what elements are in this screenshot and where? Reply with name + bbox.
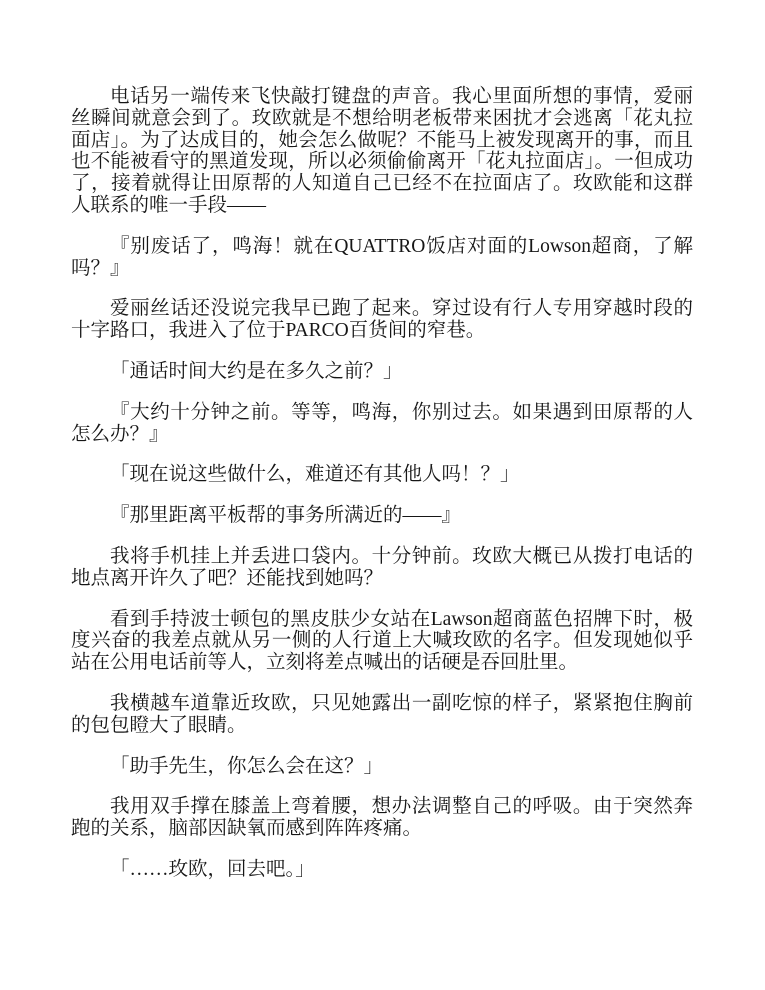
paragraph: 电话另一端传来飞快敲打键盘的声音。我心里面所想的事情，爱丽丝瞬间就意会到了。玫欧… — [71, 86, 693, 217]
paragraph-dialogue: 「助手先生，你怎么会在这？」 — [71, 756, 693, 778]
paragraph-dialogue: 『那里距离平板帮的事务所满近的——』 — [71, 505, 693, 527]
paragraph-dialogue: 「通话时间大约是在多久之前？」 — [71, 361, 693, 383]
paragraph-dialogue: 『大约十分钟之前。等等，鸣海，你别过去。如果遇到田原帮的人怎么办？』 — [71, 402, 693, 446]
paragraph: 爱丽丝话还没说完我早已跑了起来。穿过设有行人专用穿越时段的十字路口，我进入了位于… — [71, 298, 693, 342]
paragraph: 我将手机挂上并丢进口袋内。十分钟前。玫欧大概已从拨打电话的地点离开许久了吧？还能… — [71, 546, 693, 590]
novel-page: 电话另一端传来飞快敲打键盘的声音。我心里面所想的事情，爱丽丝瞬间就意会到了。玫欧… — [0, 0, 765, 990]
paragraph-dialogue: 「现在说这些做什么，难道还有其他人吗！？」 — [71, 464, 693, 486]
paragraph-dialogue: 「……玫欧，回去吧。」 — [71, 859, 693, 881]
paragraph: 看到手持波士顿包的黑皮肤少女站在Lawson超商蓝色招牌下时，极度兴奋的我差点就… — [71, 609, 693, 674]
paragraph: 我用双手撑在膝盖上弯着腰，想办法调整自己的呼吸。由于突然奔跑的关系，脑部因缺氧而… — [71, 796, 693, 840]
paragraph-dialogue: 『别废话了，鸣海！就在QUATTRO饭店对面的Lowson超商，了解吗？』 — [71, 236, 693, 280]
paragraph: 我横越车道靠近玫欧，只见她露出一副吃惊的样子，紧紧抱住胸前的包包瞪大了眼睛。 — [71, 693, 693, 737]
